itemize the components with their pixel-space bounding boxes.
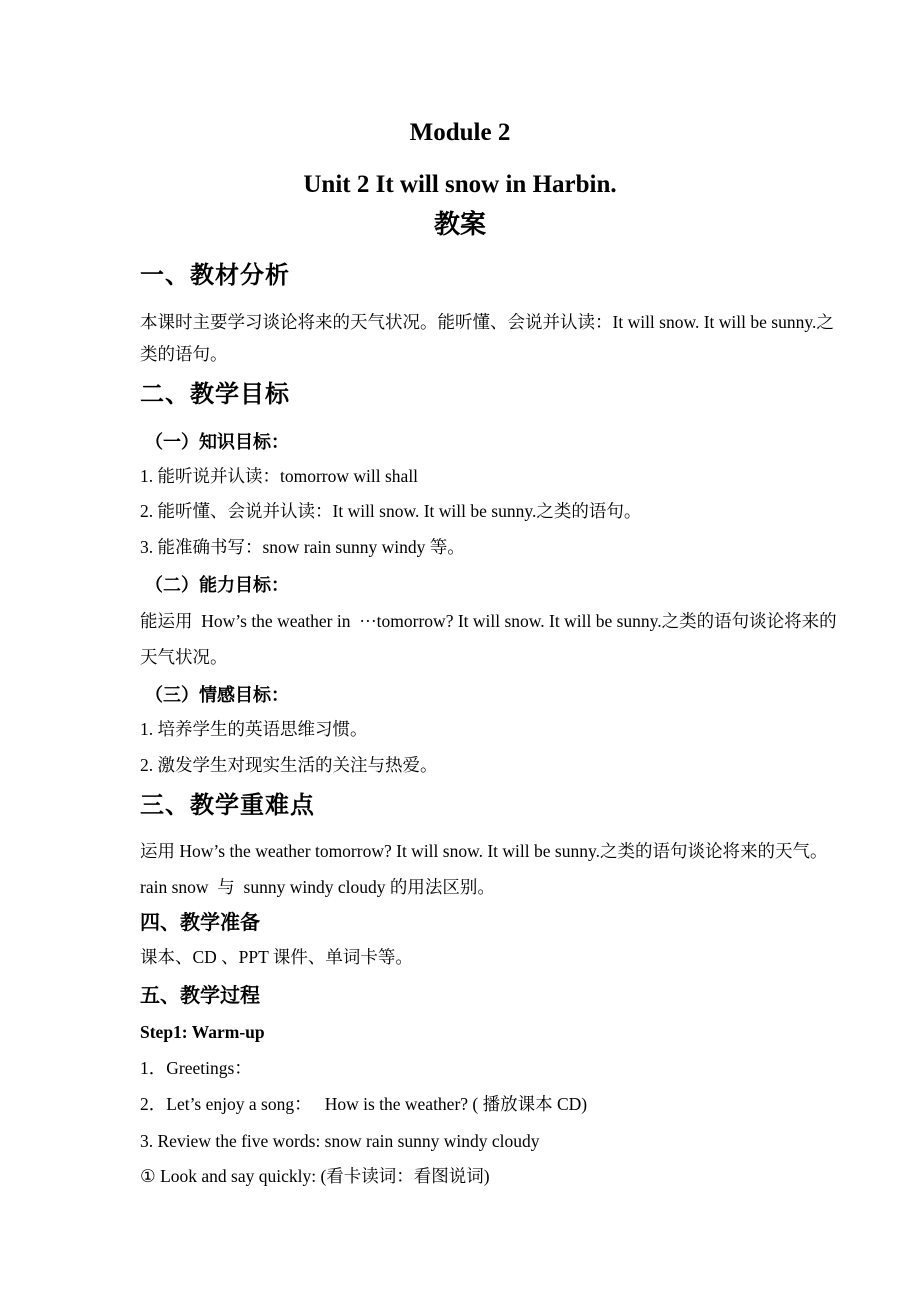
- ability-goals-text-line-2: 天气状况。: [140, 647, 228, 669]
- step1-heading: Step1: Warm-up: [140, 1022, 265, 1044]
- knowledge-goal-item-2: 2. 能听懂、会说并认读：It will snow. It will be su…: [140, 501, 641, 523]
- knowledge-goals-heading: （一）知识目标：: [145, 431, 289, 454]
- section-1-text-line-2: 类的语句。: [140, 344, 228, 366]
- warmup-item-2: 2．Let’s enjoy a song： How is the weather…: [140, 1094, 587, 1116]
- section-3-text-line-1: 运用 How’s the weather tomorrow? It will s…: [140, 841, 827, 863]
- section-1-text-line-1: 本课时主要学习谈论将来的天气状况。能听懂、会说并认读：It will snow.…: [140, 312, 834, 334]
- section-2-heading: 二、教学目标: [140, 380, 290, 410]
- warmup-item-1: 1．Greetings：: [140, 1058, 252, 1080]
- doc-type-title: 教案: [0, 209, 920, 242]
- section-4-text: 课本、CD 、PPT 课件、单词卡等。: [140, 947, 413, 969]
- emotion-goal-item-1: 1. 培养学生的英语思维习惯。: [140, 719, 368, 741]
- section-3-heading: 三、教学重难点: [140, 791, 315, 821]
- emotion-goal-item-2: 2. 激发学生对现实生活的关注与热爱。: [140, 755, 438, 777]
- knowledge-goal-item-3: 3. 能准确书写：snow rain sunny windy 等。: [140, 537, 465, 559]
- warmup-item-4: ① Look and say quickly: (看卡读词：看图说词): [140, 1166, 490, 1188]
- section-5-heading: 五、教学过程: [140, 984, 260, 1009]
- document-page: Module 2 Unit 2 It will snow in Harbin. …: [0, 0, 920, 1302]
- unit-title: Unit 2 It will snow in Harbin.: [0, 169, 920, 200]
- emotion-goals-heading: （三）情感目标：: [145, 684, 289, 707]
- ability-goals-text-line-1: 能运用 How’s the weather in ···tomorrow? It…: [140, 611, 837, 633]
- module-title: Module 2: [0, 117, 920, 148]
- knowledge-goal-item-1: 1. 能听说并认读：tomorrow will shall: [140, 466, 418, 488]
- section-4-heading: 四、教学准备: [140, 911, 260, 936]
- section-1-heading: 一、教材分析: [140, 261, 290, 291]
- section-3-text-line-2: rain snow 与 sunny windy cloudy 的用法区别。: [140, 877, 495, 899]
- warmup-item-3: 3. Review the five words: snow rain sunn…: [140, 1131, 540, 1153]
- ability-goals-heading: （二）能力目标：: [145, 574, 289, 597]
